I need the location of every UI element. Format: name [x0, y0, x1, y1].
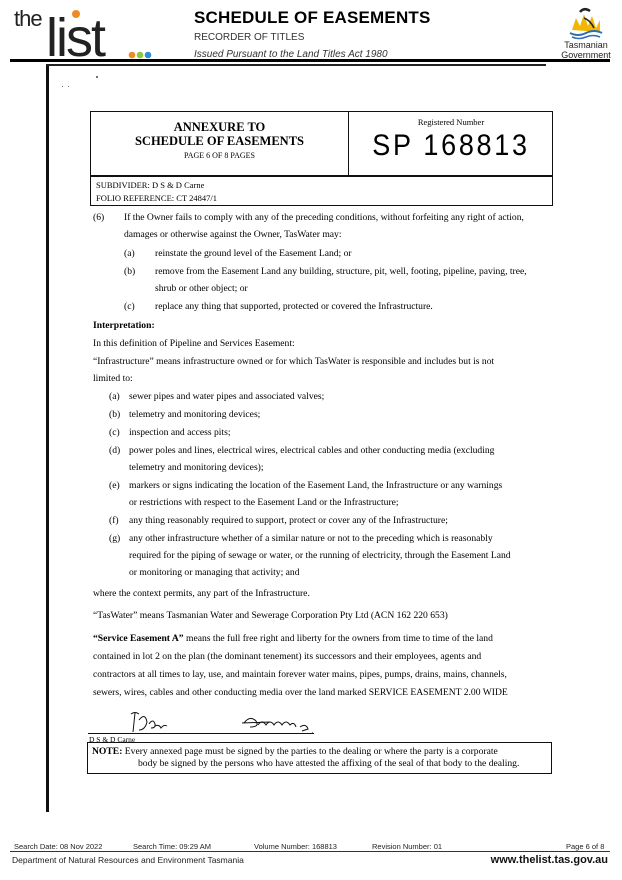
government-label: Tasmanian Government: [556, 40, 616, 60]
thelist-logo-graphic: the list: [6, 4, 156, 62]
list-item-label: (g): [109, 533, 120, 545]
taswater-definition: “TasWater” means Tasmanian Water and Sew…: [93, 610, 448, 622]
list-item: any thing reasonably required to support…: [129, 515, 448, 527]
clause-text: If the Owner fails to comply with any of…: [124, 212, 524, 224]
list-item: any other infrastructure whether of a si…: [129, 533, 493, 545]
list-item: telemetry and monitoring devices;: [129, 409, 260, 421]
thelist-logo: the list: [6, 4, 156, 60]
annexure-header-box: ANNEXURE TO SCHEDULE OF EASEMENTS PAGE 6…: [90, 111, 553, 206]
search-time: Search Time: 09:29 AM: [133, 842, 211, 851]
list-item: inspection and access pits;: [129, 427, 231, 439]
footer-divider: [10, 851, 610, 852]
list-item-label: (d): [109, 445, 120, 457]
list-item: or restrictions with respect to the Ease…: [129, 497, 399, 509]
note-box: NOTE: Every annexed page must be signed …: [87, 742, 552, 774]
website-link[interactable]: www.thelist.tas.gov.au: [491, 854, 608, 866]
search-date: Search Date: 08 Nov 2022: [14, 842, 102, 851]
folio-reference: FOLIO REFERENCE: CT 24847/1: [96, 193, 217, 203]
volume-number: Volume Number: 168813: [254, 842, 337, 851]
list-item-label: (b): [109, 409, 120, 421]
registered-number-label: Registered Number: [350, 117, 552, 127]
paragraph: limited to:: [93, 373, 133, 385]
paragraph: where the context permits, any part of t…: [93, 588, 310, 600]
list-item-label: (e): [109, 480, 120, 492]
list-item-label: (b): [124, 266, 135, 278]
list-item-label: (c): [124, 301, 135, 313]
note-text: body be signed by the persons who have a…: [138, 758, 519, 769]
annexure-title-cell: ANNEXURE TO SCHEDULE OF EASEMENTS PAGE 6…: [91, 112, 349, 175]
list-item: remove from the Easement Land any buildi…: [155, 266, 527, 278]
tasmanian-devil-emblem-icon: [566, 6, 606, 40]
scan-speck: [96, 76, 98, 78]
document-title: SCHEDULE OF EASEMENTS: [194, 8, 431, 28]
annexure-page-count: PAGE 6 OF 8 PAGES: [91, 151, 348, 160]
revision-number: Revision Number: 01: [372, 842, 442, 851]
department-name: Department of Natural Resources and Envi…: [12, 855, 244, 865]
signature-2: [240, 713, 320, 735]
annexure-divider: [91, 175, 552, 177]
list-item: reinstate the ground level of the Easeme…: [155, 248, 352, 260]
tasmanian-government-logo: Tasmanian Government: [556, 6, 612, 62]
signature-line: [88, 733, 314, 734]
list-item-label: (c): [109, 427, 120, 439]
scan-speck: [62, 86, 63, 87]
subdivider: SUBDIVIDER: D S & D Carne: [96, 180, 204, 190]
scan-frame-top: [46, 64, 546, 66]
clause-text: damages or otherwise against the Owner, …: [124, 229, 342, 241]
scan-frame-left: [46, 66, 49, 812]
svg-text:the: the: [14, 6, 42, 31]
interpretation-heading: Interpretation:: [93, 320, 155, 332]
note-text: NOTE: Every annexed page must be signed …: [92, 746, 498, 757]
header-divider: [10, 59, 610, 62]
document-subtitle: RECORDER OF TITLES: [194, 32, 304, 43]
signature-1: [125, 710, 175, 734]
paragraph: “Infrastructure” means infrastructure ow…: [93, 356, 494, 368]
list-item-label: (a): [124, 248, 135, 260]
annexure-title: ANNEXURE TO SCHEDULE OF EASEMENTS: [91, 120, 348, 148]
paragraph: In this definition of Pipeline and Servi…: [93, 338, 295, 350]
registered-number: SP 168813: [360, 129, 542, 163]
list-item: required for the piping of sewage or wat…: [129, 550, 511, 562]
list-item: or monitoring or managing that activity;…: [129, 567, 300, 579]
page-indicator: Page 6 of 8: [566, 842, 604, 851]
scan-speck: [68, 86, 69, 87]
list-item-label: (a): [109, 391, 120, 403]
service-easement-definition: “Service Easement A” means the full free…: [93, 633, 493, 645]
service-easement-definition: contained in lot 2 on the plan (the domi…: [93, 651, 481, 663]
service-easement-definition: contractors at all times to lay, use, an…: [93, 669, 507, 681]
list-item: sewer pipes and water pipes and associat…: [129, 391, 324, 403]
service-easement-definition: sewers, wires, cables and other conducti…: [93, 687, 508, 699]
clause-number: (6): [93, 212, 104, 224]
list-item: replace any thing that supported, protec…: [155, 301, 433, 313]
registered-number-cell: Registered Number SP 168813: [350, 112, 552, 175]
list-item: shrub or other object; or: [155, 283, 248, 295]
list-item: telemetry and monitoring devices);: [129, 462, 264, 474]
list-item: markers or signs indicating the location…: [129, 480, 502, 492]
list-item: power poles and lines, electrical wires,…: [129, 445, 494, 457]
list-item-label: (f): [109, 515, 119, 527]
